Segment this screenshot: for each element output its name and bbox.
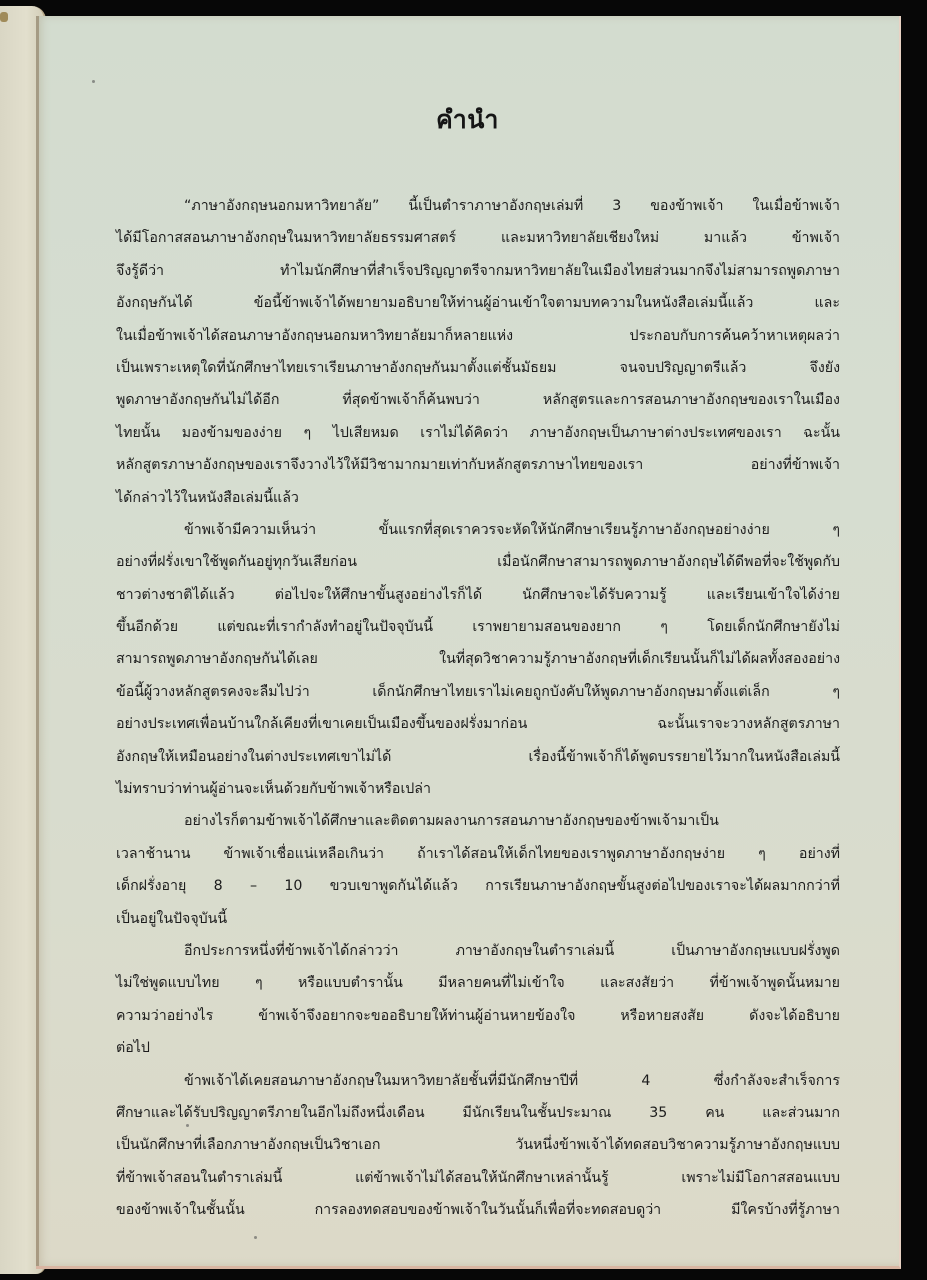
- text-line: ชาวต่างชาติได้แล้ว ต่อไปจะให้ศึกษาขั้นสู…: [116, 579, 840, 611]
- text-line: อย่างที่ฝรั่งเขาใช้พูดกันอยู่ทุกวันเสียก…: [116, 546, 840, 578]
- text-line: อย่างไรก็ตามข้าพเจ้าได้ศึกษาและติดตามผลง…: [116, 805, 840, 837]
- text-line: ขึ้นอีกด้วย แต่ขณะที่เรากำลังทำอยู่ในปัจ…: [116, 611, 840, 643]
- text-line: ไทยนั้น มองข้ามของง่าย ๆ ไปเสียหมด เราไม…: [116, 417, 840, 449]
- text-line: เวลาช้านาน ข้าพเจ้าเชื่อแน่เหลือเกินว่า …: [116, 838, 840, 870]
- text-line: ไม่ทราบว่าท่านผู้อ่านจะเห็นด้วยกับข้าพเจ…: [116, 773, 840, 805]
- text-line: พูดภาษาอังกฤษกันไม่ได้อีก ที่สุดข้าพเจ้า…: [116, 384, 840, 416]
- text-line: เด็กฝรั่งอายุ 8 – 10 ขวบเขาพูดกันได้แล้ว…: [116, 870, 840, 902]
- page-tab-mark: [0, 12, 8, 22]
- text-line: ไม่ใช่พูดแบบไทย ๆ หรือแบบตำรานั้น มีหลาย…: [116, 967, 840, 999]
- text-line: ข้าพเจ้ามีความเห็นว่า ขั้นแรกที่สุดเราคว…: [116, 514, 840, 546]
- text-line: ข้อนี้ผู้วางหลักสูตรคงจะลืมไปว่า เด็กนัก…: [116, 676, 840, 708]
- book-page: คำนำ “ภาษาอังกฤษนอกมหาวิทยาลัย” นี้เป็นต…: [36, 16, 901, 1269]
- paragraph-1: “ภาษาอังกฤษนอกมหาวิทยาลัย” นี้เป็นตำราภา…: [116, 190, 840, 514]
- text-line: อีกประการหนึ่งที่ข้าพเจ้าได้กล่าวว่า ภาษ…: [116, 935, 840, 967]
- text-line: ศึกษาและได้รับปริญญาตรีภายในอีกไม่ถึงหนึ…: [116, 1097, 840, 1129]
- text-line: ข้าพเจ้าได้เคยสอนภาษาอังกฤษในมหาวิทยาลัย…: [116, 1065, 840, 1097]
- text-line: ต่อไป: [116, 1032, 840, 1064]
- text-line: อังกฤษให้เหมือนอย่างในต่างประเทศเขาไม่ได…: [116, 741, 840, 773]
- text-line: จึงรู้ดีว่า ทำไมนักศึกษาที่สำเร็จปริญญาต…: [116, 255, 840, 287]
- text-line: ของข้าพเจ้าในชั้นนั้น การลองทดสอบของข้าพ…: [116, 1194, 840, 1226]
- paragraph-5: ข้าพเจ้าได้เคยสอนภาษาอังกฤษในมหาวิทยาลัย…: [116, 1065, 840, 1227]
- text-line: ได้กล่าวไว้ในหนังสือเล่มนี้แล้ว: [116, 482, 840, 514]
- paper-speck: [186, 1124, 189, 1127]
- text-line: ความว่าอย่างไร ข้าพเจ้าจึงอยากจะขออธิบาย…: [116, 1000, 840, 1032]
- text-line: “ภาษาอังกฤษนอกมหาวิทยาลัย” นี้เป็นตำราภา…: [116, 190, 840, 222]
- text-line: อย่างประเทศเพื่อนบ้านใกล้เคียงที่เขาเคยเ…: [116, 708, 840, 740]
- text-line: เป็นนักศึกษาที่เลือกภาษาอังกฤษเป็นวิชาเอ…: [116, 1129, 840, 1161]
- text-line: สามารถพูดภาษาอังกฤษกันได้เลย ในที่สุดวิช…: [116, 643, 840, 675]
- text-line: เป็นเพราะเหตุใดที่นักศึกษาไทยเราเรียนภาษ…: [116, 352, 840, 384]
- text-line: หลักสูตรภาษาอังกฤษของเราจึงวางไว้ให้มีวิ…: [116, 449, 840, 481]
- text-line: อังกฤษกันได้ ข้อนี้ข้าพเจ้าได้พยายามอธิบ…: [116, 287, 840, 319]
- paragraph-3: อย่างไรก็ตามข้าพเจ้าได้ศึกษาและติดตามผลง…: [116, 805, 840, 935]
- text-line: ได้มีโอกาสสอนภาษาอังกฤษในมหาวิทยาลัยธรรม…: [116, 222, 840, 254]
- page-title: คำนำ: [36, 100, 899, 140]
- paragraph-2: ข้าพเจ้ามีความเห็นว่า ขั้นแรกที่สุดเราคว…: [116, 514, 840, 806]
- scanned-book-spread: คำนำ “ภาษาอังกฤษนอกมหาวิทยาลัย” นี้เป็นต…: [0, 0, 927, 1280]
- preface-body: “ภาษาอังกฤษนอกมหาวิทยาลัย” นี้เป็นตำราภา…: [116, 190, 840, 1227]
- paper-speck: [254, 1236, 257, 1239]
- paragraph-4: อีกประการหนึ่งที่ข้าพเจ้าได้กล่าวว่า ภาษ…: [116, 935, 840, 1065]
- text-line: ในเมื่อข้าพเจ้าได้สอนภาษาอังกฤษนอกมหาวิท…: [116, 320, 840, 352]
- text-line: เป็นอยู่ในปัจจุบันนี้: [116, 903, 840, 935]
- paper-speck: [92, 80, 95, 83]
- text-line: ที่ข้าพเจ้าสอนในตำราเล่มนี้ แต่ข้าพเจ้าไ…: [116, 1162, 840, 1194]
